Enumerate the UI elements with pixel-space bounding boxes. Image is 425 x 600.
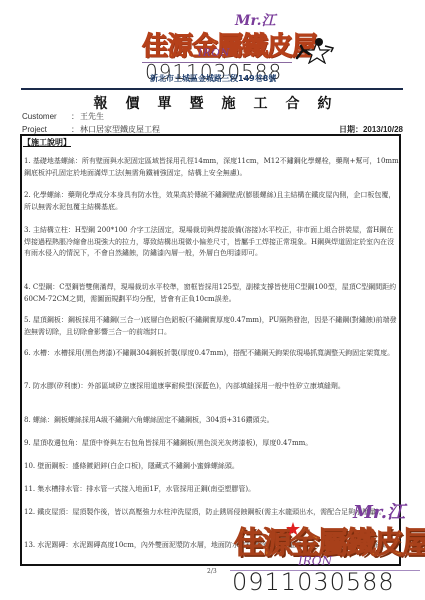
date-value: 2013/10/28 (363, 125, 403, 134)
clause-text: 屋頂收邊包角：屋頂中脊與左右包角皆採用不鏽鋼板(黑色淡光灰烤漆板)，厚度0.47… (33, 439, 312, 447)
customer-value: 王先生 (80, 112, 104, 121)
header-divider (21, 88, 403, 90)
clause-number: 7. (24, 382, 31, 390)
clause-text: 化學螺絲：藥劑化學成分本身具有防水性，效果高於傳統不鏽鋼壁虎(膨脹螺絲)且主結構… (24, 191, 395, 211)
clause-text: 屋頂鋼板：鋼板採用不鏽鋼(三合一)底層白色鋁板(不鏽鋼實厚度0.47mm)，PU… (24, 316, 397, 336)
logo-english-tag: IRON (198, 48, 230, 59)
watermark-english-tag: IRON (298, 554, 332, 568)
document-title: 報價單暨施工合約 (0, 93, 425, 113)
watermark-phone: 0911030588 (232, 568, 395, 596)
clause-6: 6. 水槽：水槽採用(黑色烤漆)不鏽鋼304鋼板折製(厚度0.47mm)，搭配不… (24, 348, 399, 360)
clause-5: 5. 屋頂鋼板：鋼板採用不鏽鋼(三合一)底層白色鋁板(不鏽鋼實厚度0.47mm)… (24, 315, 399, 338)
clause-8: 8. 螺絲：鋼板螺絲採用A級不鏽鋼六角螺絲固定不鏽鋼板，304頂+316鑽頭尖。 (24, 415, 399, 427)
customer-colon: ： (70, 111, 80, 122)
clause-10: 10. 壁面鋼板：盛條鍍鋁鋅(白企口板)，隱藏式不鏽鋼小蜜蜂螺絲頭。 (24, 461, 399, 473)
clause-number: 2. (24, 191, 31, 199)
project-label: Project (22, 125, 70, 134)
watermark-logo: Mr.江 佳源金屬鐵皮屋 IRON 0911030588 (228, 496, 425, 600)
clause-2: 2. 化學螺絲：藥劑化學成分本身具有防水性，效果高於傳統不鏽鋼壁虎(膨脹螺絲)且… (24, 190, 399, 213)
project-value: 林口居家型鐵皮屋工程 (80, 125, 160, 134)
date-label: 日期： (339, 125, 363, 134)
clause-text: C型鋼：C型鋼皆雙側滿焊，現場裁切水平校準，窗框皆採用125型，副樑支撐皆使用C… (24, 283, 396, 303)
clause-number: 5. (24, 316, 31, 324)
clause-text: 集水槽排水管：排水管一式接入地面1F，水管採用正鋼(南亞塑膠管)。 (37, 485, 255, 493)
clause-number: 9. (24, 439, 31, 447)
clause-number: 3. (24, 226, 31, 234)
customer-label: Customer (22, 112, 70, 121)
worker-with-tools-icon (295, 36, 335, 64)
clause-text: 螺絲：鋼板螺絲採用A級不鏽鋼六角螺絲固定不鏽鋼板，304頂+316鑽頭尖。 (33, 416, 274, 424)
section-title: 【施工說明】 (23, 137, 71, 148)
clause-4: 4. C型鋼：C型鋼皆雙側滿焊，現場裁切水平校準，窗框皆採用125型，副樑支撐皆… (24, 282, 399, 305)
page-number: 2/3 (207, 568, 217, 575)
clause-1: 1. 基礎地基螺絲：所有壁面與水泥固定區域皆採用孔徑14mm，深度11cm，M1… (24, 156, 399, 179)
clause-number: 13. (24, 541, 35, 549)
clause-7: 7. 防水膠(矽利康)：外部區域矽立康採用道康寧耐候型(深藍色)，內部填縫採用一… (24, 381, 399, 393)
star-icon (286, 522, 300, 536)
clause-text: 防水膠(矽利康)：外部區域矽立康採用道康寧耐候型(深藍色)，內部填縫採用一般中性… (33, 382, 345, 390)
clause-number: 8. (24, 416, 31, 424)
clause-number: 11. (24, 485, 35, 493)
clause-text: 主結構立柱：H型鋼 200*100 介字工法固定，現場裁切與焊接設備(溶接)水平… (24, 226, 394, 257)
clause-number: 10. (24, 462, 35, 470)
clause-number: 12. (24, 508, 35, 516)
clause-text: 基礎地基螺絲：所有壁面與水泥固定區域皆採用孔徑14mm，深度11cm，M12不鏽… (24, 157, 399, 177)
clause-number: 1. (24, 157, 31, 165)
clause-11: 11. 集水槽排水管：排水管一式接入地面1F，水管採用正鋼(南亞塑膠管)。 (24, 484, 399, 496)
clause-9: 9. 屋頂收邊包角：屋頂中脊與左右包角皆採用不鏽鋼板(黑色淡光灰烤漆板)，厚度0… (24, 438, 399, 450)
clause-3: 3. 主結構立柱：H型鋼 200*100 介字工法固定，現場裁切與焊接設備(溶接… (24, 225, 399, 260)
customer-row: Customer：王先生 (22, 111, 104, 122)
clause-number: 6. (24, 349, 31, 357)
clause-text: 水槽：水槽採用(黑色烤漆)不鏽鋼304鋼板折製(厚度0.47mm)，搭配不鏽鋼天… (33, 349, 394, 357)
company-address: 新北市土城區金城路三段149巷8號 (150, 73, 276, 84)
clause-text: 壁面鋼板：盛條鍍鋁鋅(白企口板)，隱藏式不鏽鋼小蜜蜂螺絲頭。 (37, 462, 238, 470)
clause-number: 4. (24, 283, 31, 291)
